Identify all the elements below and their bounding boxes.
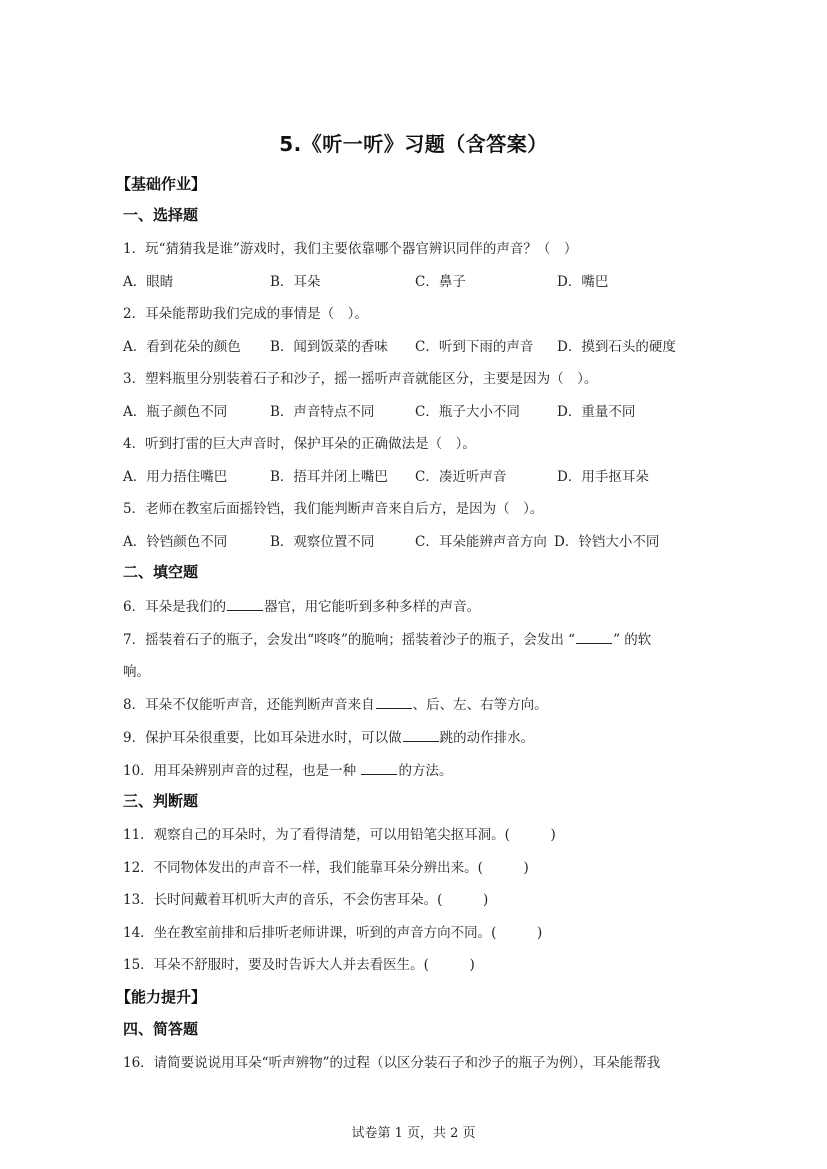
option-b: B．闻到饭菜的香味: [270, 335, 388, 355]
question-2-options: A．看到花朵的颜色 B．闻到饭菜的香味 C．听到下雨的声音 D．摸到石头的硬度: [123, 335, 723, 355]
option-a: A．铃铛颜色不同: [123, 530, 227, 550]
part-heading-advanced: 【能力提升】: [116, 986, 206, 1007]
question-7-continuation: 响。: [123, 660, 150, 680]
page-title: 5.《听一听》习题（含答案）: [0, 128, 827, 157]
question-1-options: A．眼睛 B．耳朵 C．鼻子 D．嘴巴: [123, 270, 723, 290]
question-8-text-before: 8．耳朵不仅能听声音，还能判断声音来自: [123, 697, 375, 713]
option-c: C．瓶子大小不同: [415, 400, 520, 420]
question-7-text-before: 7．摇装着石子的瓶子，会发出“咚咚”的脆响；摇装着沙子的瓶子，会发出 “: [123, 632, 575, 648]
option-c: C．听到下雨的声音: [415, 335, 533, 355]
question-7-text-after: ” 的软: [613, 632, 651, 648]
option-b: B．耳朵: [270, 270, 320, 290]
answer-blank[interactable]: [576, 631, 612, 644]
section-heading-choice: 一、选择题: [123, 204, 198, 225]
question-5-options: A．铃铛颜色不同 B．观察位置不同 C．耳朵能辨声音方向 D．铃铛大小不同: [123, 530, 723, 550]
exam-page: 5.《听一听》习题（含答案） 【基础作业】 一、选择题 1．玩“猜猜我是谁”游戏…: [0, 0, 827, 1169]
option-d: D．摸到石头的硬度: [557, 335, 676, 355]
option-c: C．凑近听声音: [415, 465, 506, 485]
question-13: 13．长时间戴着耳机听大声的音乐，不会伤害耳朵。( ): [123, 888, 488, 908]
question-3-stem: 3．塑料瓶里分别装着石子和沙子，摇一摇听声音就能区分，主要是因为（ ）。: [123, 367, 597, 387]
option-c: C．耳朵能辨声音方向: [415, 530, 547, 550]
question-9: 9．保护耳朵很重要，比如耳朵进水时，可以做跳的动作排水。: [123, 726, 534, 746]
question-7: 7．摇装着石子的瓶子，会发出“咚咚”的脆响；摇装着沙子的瓶子，会发出 “” 的软: [123, 628, 651, 648]
option-c: C．鼻子: [415, 270, 466, 290]
question-10-text-after: 的方法。: [398, 763, 452, 779]
option-b: B．观察位置不同: [270, 530, 374, 550]
answer-blank[interactable]: [403, 729, 439, 742]
question-3-options: A．瓶子颜色不同 B．声音特点不同 C．瓶子大小不同 D．重量不同: [123, 400, 723, 420]
question-4-options: A．用力捂住嘴巴 B．捂耳并闭上嘴巴 C．凑近听声音 D．用手抠耳朵: [123, 465, 723, 485]
question-5-stem: 5．老师在教室后面摇铃铛，我们能判断声音来自后方，是因为（ ）。: [123, 497, 543, 517]
question-12: 12．不同物体发出的声音不一样，我们能靠耳朵分辨出来。( ): [123, 856, 529, 876]
option-d: D．重量不同: [557, 400, 635, 420]
question-9-text-before: 9．保护耳朵很重要，比如耳朵进水时，可以做: [123, 730, 402, 746]
answer-blank[interactable]: [227, 598, 263, 611]
question-14: 14．坐在教室前排和后排听老师讲课，听到的声音方向不同。( ): [123, 921, 542, 941]
question-9-text-after: 跳的动作排水。: [440, 730, 535, 746]
option-b: B．捂耳并闭上嘴巴: [270, 465, 388, 485]
option-d: D．嘴巴: [557, 270, 608, 290]
option-d: D．铃铛大小不同: [554, 530, 659, 550]
option-a: A．瓶子颜色不同: [123, 400, 227, 420]
question-15: 15．耳朵不舒服时，要及时告诉大人并去看医生。( ): [123, 953, 475, 973]
answer-blank[interactable]: [361, 762, 397, 775]
option-a: A．用力捂住嘴巴: [123, 465, 227, 485]
section-heading-fill: 二、填空题: [123, 561, 198, 582]
question-8-text-after: 、后、左、右等方向。: [413, 697, 548, 713]
page-footer: 试卷第 1 页，共 2 页: [0, 1122, 827, 1141]
question-2-stem: 2．耳朵能帮助我们完成的事情是（ ）。: [123, 302, 368, 322]
question-6-text-before: 6．耳朵是我们的: [123, 599, 226, 615]
option-d: D．用手抠耳朵: [557, 465, 649, 485]
question-11: 11．观察自己的耳朵时，为了看得清楚，可以用铅笔尖抠耳洞。( ): [123, 823, 556, 843]
option-a: A．眼睛: [123, 270, 173, 290]
answer-blank[interactable]: [376, 696, 412, 709]
question-4-stem: 4．听到打雷的巨大声音时，保护耳朵的正确做法是（ ）。: [123, 432, 476, 452]
question-6: 6．耳朵是我们的器官，用它能听到多种多样的声音。: [123, 595, 480, 615]
question-16: 16．请简要说说用耳朵“听声辨物”的过程（以区分装石子和沙子的瓶子为例），耳朵能…: [123, 1051, 660, 1071]
option-a: A．看到花朵的颜色: [123, 335, 241, 355]
question-8: 8．耳朵不仅能听声音，还能判断声音来自、后、左、右等方向。: [123, 693, 548, 713]
part-heading-basic: 【基础作业】: [116, 173, 206, 194]
question-1-stem: 1．玩“猜猜我是谁”游戏时，我们主要依靠哪个器官辨识同伴的声音？（ ）: [123, 237, 577, 257]
question-6-text-after: 器官，用它能听到多种多样的声音。: [264, 599, 480, 615]
question-10: 10．用耳朵辨别声音的过程，也是一种 的方法。: [123, 759, 452, 779]
section-heading-short: 四、简答题: [123, 1018, 198, 1039]
section-heading-judge: 三、判断题: [123, 790, 198, 811]
question-10-text-before: 10．用耳朵辨别声音的过程，也是一种: [123, 763, 360, 779]
option-b: B．声音特点不同: [270, 400, 374, 420]
